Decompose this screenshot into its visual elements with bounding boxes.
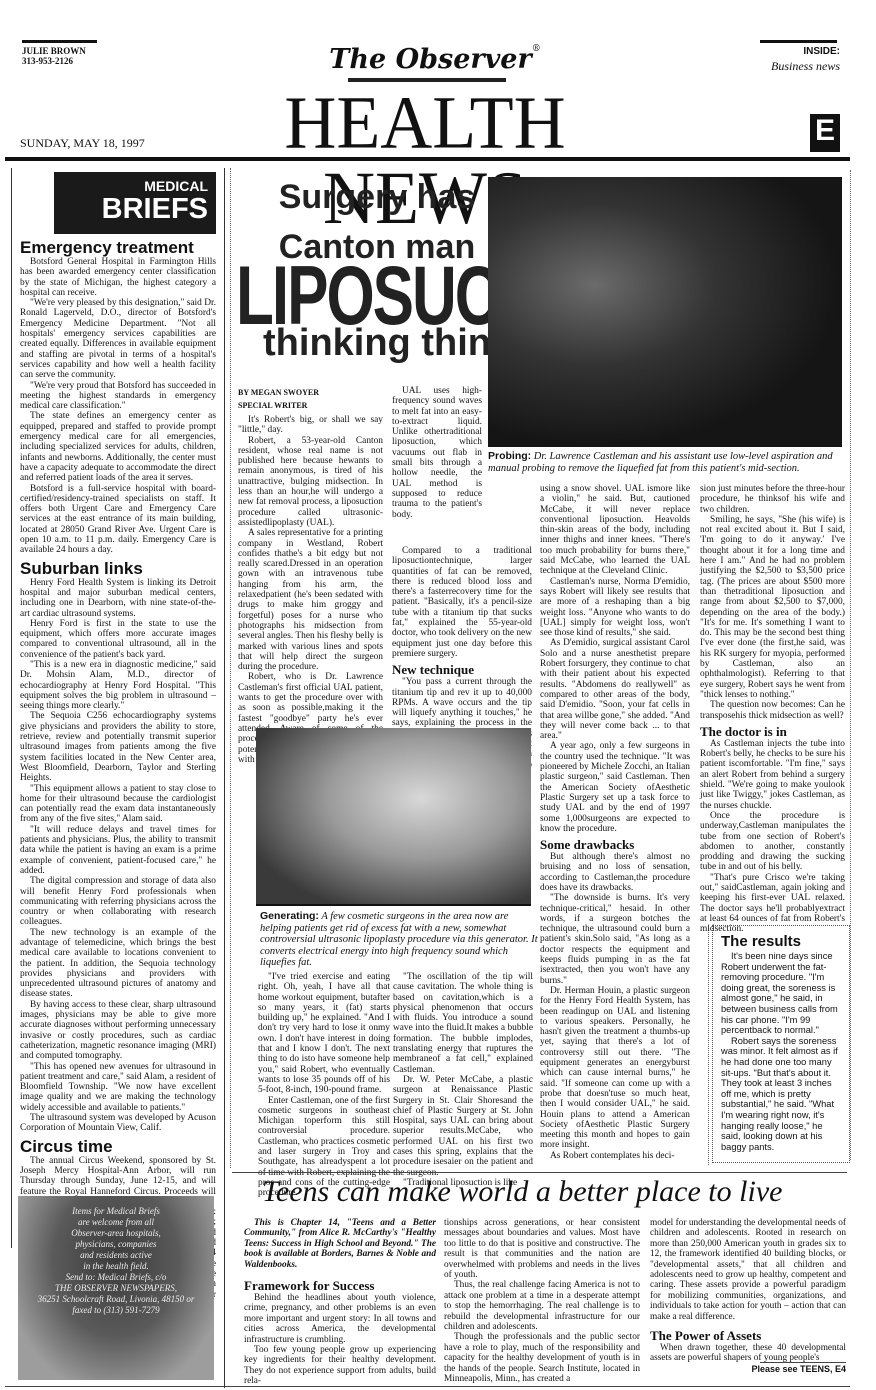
paragraph: Once the procedure is underway,Castleman… [700,811,845,873]
teens-headline: Teens can make world a better place to l… [262,1176,852,1208]
subhead-some-drawbacks: Some drawbacks [540,837,690,852]
photo-generator-caption: Generating: A few cosmetic surgeons in t… [260,911,540,969]
subhead-framework: Framework for Success [244,1278,436,1293]
paragraph: A year ago, only a few surgeons in the c… [540,741,690,834]
editor-contact: JULIE BROWN 313-953-2126 [22,46,142,66]
paragraph: As Robert contemplates his deci- [540,1151,690,1161]
paragraph: "We're very proud that Botsford has succ… [20,381,216,412]
paragraph: But although there's almost no bruising … [540,852,690,893]
lipo-lower-col-2: "The oscillation of the tip will cause c… [393,972,533,1188]
ad-line: Items for Medical Briefs [18,1206,214,1217]
registered-mark: ® [532,44,541,54]
brief-headline-emergency: Emergency treatment [20,238,216,257]
section-letter-badge: E [810,114,840,152]
paragraph: Robert says the soreness was minor. It f… [721,1036,841,1153]
paragraph: "This equipment allows a patient to stay… [20,784,216,825]
paragraph: UAL uses high-frequency sound waves to m… [392,386,482,520]
byline-author: BY MEGAN SWOYER [238,386,383,399]
paragraph: A sales representative for a printing co… [238,528,383,672]
ad-line: in the health field. [18,1261,214,1272]
paper-name: The Observer [329,44,531,75]
subhead-doctor-is-in: The doctor is in [700,724,845,739]
editor-phone: 313-953-2126 [22,56,142,66]
subhead-power-of-assets: The Power of Assets [650,1328,846,1343]
editor-name: JULIE BROWN [22,46,142,56]
ad-line: Send to: Medical Briefs, c/o [18,1272,214,1283]
headline-line-4: thinking thin [262,322,492,364]
paragraph: model for understanding the developmenta… [650,1218,846,1322]
paragraph: "It will reduce delays and travel times … [20,825,216,876]
paragraph: The question now becomes: Can he transpo… [700,700,845,721]
brief-body-suburban: Henry Ford Health System is linking its … [20,578,216,1134]
jump-rule [760,1362,846,1363]
paragraph: By having access to these clear, sharp u… [20,1000,216,1062]
paragraph: "This is a new era in diagnostic medicin… [20,660,216,711]
briefs-banner-big: BRIEFS [54,194,208,224]
paragraph: It's Robert's big, or shall we say "litt… [238,415,383,436]
paragraph: Behind the headlines about youth violenc… [244,1293,436,1345]
right-dotted-rule [850,170,851,1160]
bottom-rule [5,1386,850,1387]
results-headline: The results [721,932,841,951]
masthead-rule [5,157,850,161]
ad-line: and residents active [18,1250,214,1261]
ad-line: 36251 Schoolcraft Road, Livonia, 48150 o… [18,1294,214,1305]
paragraph: Though the professionals and the public … [444,1332,640,1384]
lipo-col-2-narrow: UAL uses high-frequency sound waves to m… [392,386,482,520]
results-sidebar: The results It's been nine days since Ro… [712,925,850,1163]
column-rule [224,168,225,1388]
paragraph: "This has opened new avenues for ultraso… [20,1062,216,1113]
paragraph: Compared to a traditional liposuctiontec… [392,546,532,659]
photo-probing-caption: Probing: Dr. Lawrence Castleman and his … [488,451,848,474]
contact-rule [22,40,97,43]
paragraph: sion just minutes before the three-hour … [700,484,845,515]
paragraph: It's been nine days since Robert underwe… [721,951,841,1036]
caption-label: Generating: [260,910,319,922]
medical-briefs-banner: MEDICAL BRIEFS [54,172,216,234]
paragraph: The Sequoia C256 echocardiography system… [20,711,216,783]
paragraph: Henry Ford Health System is linking its … [20,578,216,619]
paragraph: Smiling, he says, "She (his wife) is not… [700,515,845,700]
teens-col-3: model for understanding the developmenta… [650,1218,846,1364]
paragraph: The ultrasound system was developed by A… [20,1113,216,1134]
paragraph: As Castleman injects the tube into Rober… [700,739,845,811]
intro-note: This is Chapter 14, "Teens and a Better … [244,1218,436,1270]
brief-body-emergency: Botsford General Hospital in Farmington … [20,257,216,556]
results-body: It's been nine days since Robert underwe… [721,951,841,1152]
paragraph: Thus, the real challenge facing America … [444,1280,640,1332]
photo-image [488,177,842,447]
brief-headline-circus: Circus time [20,1137,216,1156]
paper-nameplate: The Observer® [300,44,570,75]
ad-line: THE OBSERVER NEWSPAPERS, [18,1283,214,1294]
paragraph: Dr. W. Peter McCabe, a plastic surgeon a… [393,1075,533,1178]
paragraph: The digital compression and storage of d… [20,876,216,927]
paragraph: using a snow shovel. UAL ismore like a v… [540,484,690,577]
paragraph: "The downside is burns. It's very techni… [540,893,690,986]
dotted-column-rule [230,168,231,1168]
continued-link[interactable]: Please see TEENS, E4 [700,1364,846,1374]
inside-label: INSIDE: [740,46,840,57]
dateline: SUNDAY, MAY 18, 1997 [20,136,145,151]
left-margin-rule [11,168,12,1248]
paragraph: The state defines an emergency center as… [20,411,216,483]
paragraph: "I've tried exercise and eating right. O… [258,972,390,1096]
brief-headline-suburban: Suburban links [20,559,216,578]
paragraph: Botsford General Hospital in Farmington … [20,257,216,298]
paragraph: "We're very pleased by this designation,… [20,298,216,380]
inside-rule [760,40,837,43]
paragraph: Henry Ford is first in the state to use … [20,619,216,660]
ad-line: Observer-area hospitals, [18,1228,214,1239]
teens-col-1: This is Chapter 14, "Teens and a Better … [244,1218,436,1387]
paragraph: When drawn together, these 40 developmen… [650,1343,846,1364]
briefs-submission-ad: Items for Medical Briefs are welcome fro… [18,1196,214,1380]
caption-label: Probing: [488,450,531,462]
paragraph: Dr. Herman Houin, a plastic surgeon for … [540,986,690,1151]
paragraph: As D'emidio, surgical assistant Carol So… [540,638,690,741]
inside-link-business[interactable]: Business news [730,59,840,74]
paragraph: "The oscillation of the tip will cause c… [393,972,533,1075]
paragraph: Too few young people grow up experiencin… [244,1345,436,1387]
teens-col-2: tionships across generations, or hear co… [444,1218,640,1385]
caption-text: Dr. Lawrence Castleman and his assistant… [488,451,833,474]
photo-generator [256,728,531,906]
headline-line-1: Surgery has [262,178,492,216]
subhead-new-technique: New technique [392,662,532,677]
lipo-col-4: sion just minutes before the three-hour … [700,484,845,934]
paragraph: Robert, a 53-year-old Canton resident, w… [238,436,383,529]
paragraph: Castleman's nurse, Norma D'emidio, says … [540,577,690,639]
briefs-column: Emergency treatment Botsford General Hos… [20,238,216,1310]
lipo-lower-col-1: "I've tried exercise and eating right. O… [258,972,390,1199]
photo-probing [488,177,842,447]
lipo-col-1-body: It's Robert's big, or shall we say "litt… [238,415,383,765]
paragraph: The new technology is an example of the … [20,928,216,1000]
briefs-banner-small: MEDICAL [54,172,208,194]
byline-title: SPECIAL WRITER [238,399,383,412]
paragraph: Botsford is a full-service hospital with… [20,484,216,556]
teens-top-rule [232,1172,847,1173]
ad-line: faxed to (313) 591-7279 [18,1305,214,1316]
lipo-col-1: BY MEGAN SWOYER SPECIAL WRITER It's Robe… [238,386,383,765]
ad-line: are welcome from all [18,1217,214,1228]
paragraph: tionships across generations, or hear co… [444,1218,640,1280]
ad-line: physicians, companies [18,1239,214,1250]
lipo-col-3: using a snow shovel. UAL ismore like a v… [540,484,690,1161]
results-dotted-rule [708,925,709,1165]
